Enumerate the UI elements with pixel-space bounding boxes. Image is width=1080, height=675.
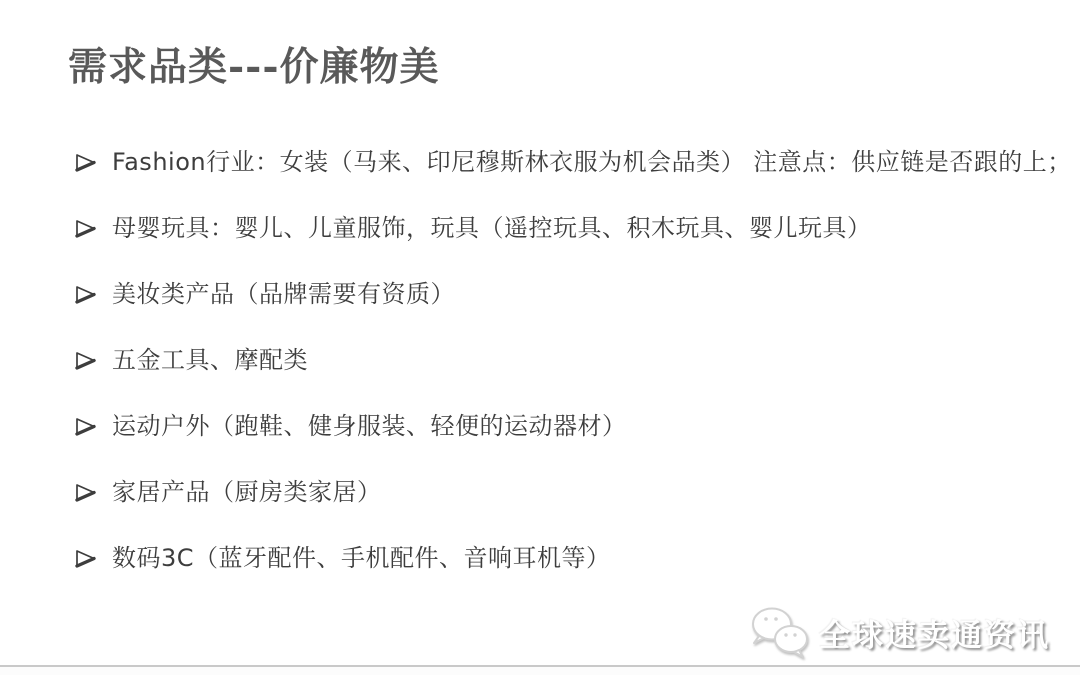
bullet-list: Fashion行业：女装（马来、印尼穆斯林衣服为机会品类） 注意点：供应链是否跟… (75, 146, 1077, 608)
bullet-text: 母婴玩具：婴儿、儿童服饰，玩具（遥控玩具、积木玩具、婴儿玩具） (112, 212, 872, 244)
arrow-bullet-icon (75, 153, 96, 172)
watermark-text: 全球速卖通资讯 (819, 610, 1050, 655)
page-title: 需求品类---价廉物美 (68, 36, 440, 92)
wechat-icon (747, 603, 813, 661)
arrow-bullet-icon (75, 351, 96, 370)
bullet-text: 运动户外（跑鞋、健身服装、轻便的运动器材） (112, 410, 627, 442)
slide: 需求品类---价廉物美 Fashion行业：女装（马来、印尼穆斯林衣服为机会品类… (0, 0, 1080, 675)
arrow-bullet-icon (75, 285, 96, 304)
list-item: 运动户外（跑鞋、健身服装、轻便的运动器材） (75, 410, 1077, 442)
bullet-text: 美妆类产品（品牌需要有资质） (112, 278, 455, 310)
list-item: 数码3C（蓝牙配件、手机配件、音响耳机等） (75, 542, 1077, 574)
bullet-text: 数码3C（蓝牙配件、手机配件、音响耳机等） (112, 542, 611, 574)
list-item: 家居产品（厨房类家居） (75, 476, 1077, 508)
arrow-bullet-icon (75, 417, 96, 436)
arrow-bullet-icon (75, 483, 96, 502)
list-item: 五金工具、摩配类 (75, 344, 1077, 376)
watermark: 全球速卖通资讯 (747, 603, 1050, 661)
bullet-text: Fashion行业：女装（马来、印尼穆斯林衣服为机会品类） 注意点：供应链是否跟… (112, 146, 1072, 178)
list-item: 母婴玩具：婴儿、儿童服饰，玩具（遥控玩具、积木玩具、婴儿玩具） (75, 212, 1077, 244)
list-item: 美妆类产品（品牌需要有资质） (75, 278, 1077, 310)
list-item: Fashion行业：女装（马来、印尼穆斯林衣服为机会品类） 注意点：供应链是否跟… (75, 146, 1077, 178)
arrow-bullet-icon (75, 549, 96, 568)
bottom-divider (0, 665, 1080, 675)
bullet-text: 家居产品（厨房类家居） (112, 476, 382, 508)
arrow-bullet-icon (75, 219, 96, 238)
bullet-text: 五金工具、摩配类 (112, 344, 308, 376)
